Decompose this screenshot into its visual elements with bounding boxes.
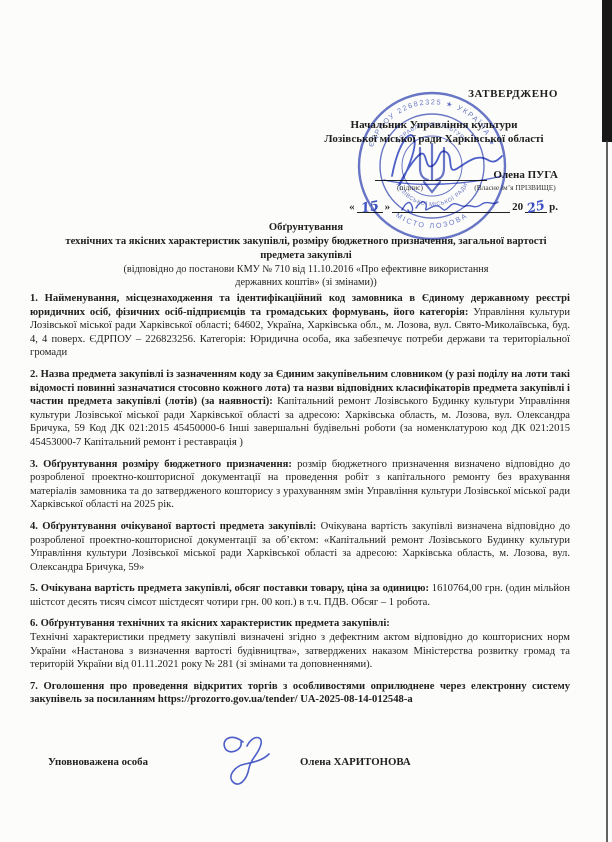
paragraph-7-lead: 7. Оголошення про проведення відкритих т… — [30, 681, 570, 706]
paragraph-4-lead: 4. Обґрунтування очікуваної вартості пре… — [30, 521, 321, 532]
paragraph-4: 4. Обґрунтування очікуваної вартості пре… — [30, 520, 570, 574]
document-body: 1. Найменування, місцезнаходження та іде… — [30, 292, 570, 715]
authorized-person-label: Уповноважена особа — [48, 756, 148, 768]
paragraph-5: 5. Очікувана вартість предмета закупівлі… — [30, 582, 570, 609]
authorized-person-name: Олена ХАРИТОНОВА — [300, 756, 411, 768]
date-suffix: р. — [549, 201, 558, 213]
paragraph-7: 7. Оголошення про проведення відкритих т… — [30, 680, 570, 707]
authorized-person-signature — [213, 724, 277, 800]
paragraph-6-body: Технічні характеристики предмету закупів… — [30, 632, 570, 670]
date-year-printed: 20 — [512, 201, 523, 213]
paragraph-6: 6. Обґрунтування технічних та якісних ха… — [30, 617, 570, 671]
date-open-quote: « — [349, 201, 355, 213]
approver-signature — [378, 126, 508, 194]
handwritten-year: 25 — [526, 198, 547, 217]
subtitle-line1: (відповідно до постанови КМУ № 710 від 1… — [36, 263, 576, 276]
title-line1: Обґрунтування — [36, 221, 576, 235]
paragraph-3-lead: 3. Обґрунтування розміру бюджетного приз… — [30, 459, 297, 470]
title-line2: технічних та якісних характеристик закуп… — [36, 235, 576, 249]
scan-edge-artifact-top — [602, 0, 612, 142]
paragraph-3: 3. Обґрунтування розміру бюджетного приз… — [30, 458, 570, 512]
paragraph-6-lead: 6. Обґрунтування технічних та якісних ха… — [30, 617, 570, 631]
paragraph-1: 1. Найменування, місцезнаходження та іде… — [30, 292, 570, 360]
paragraph-2: 2. Назва предмета закупівлі із зазначенн… — [30, 368, 570, 450]
scan-edge-artifact-line — [606, 140, 608, 842]
date-year-blank: 25 — [525, 200, 547, 213]
scanned-document-page: ЗАТВЕРДЖЕНО Начальник Управління культур… — [0, 0, 612, 842]
document-title-block: Обґрунтування технічних та якісних харак… — [36, 221, 576, 289]
paragraph-5-lead: 5. Очікувана вартість предмета закупівлі… — [30, 583, 432, 594]
subtitle-line2: державних коштів» (зі змінами)) — [36, 276, 576, 289]
title-line3: предмета закупівлі — [36, 249, 576, 263]
